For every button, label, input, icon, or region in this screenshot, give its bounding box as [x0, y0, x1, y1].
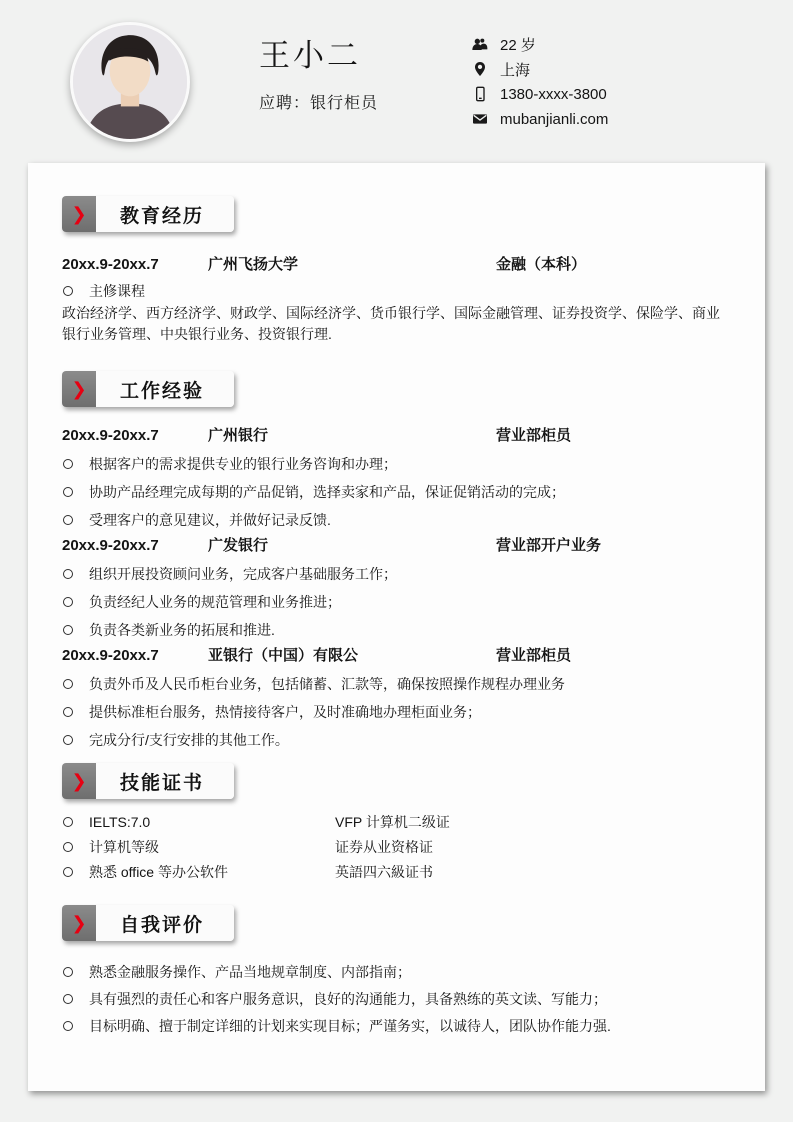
- bullet-circle-icon: [63, 735, 73, 745]
- work-bullet-text: 负责外币及人民币柜台业务，包括储蓄、汇款等，确保按照操作规程办理业务: [89, 675, 565, 693]
- work-entry-head: 20xx.9-20xx.7 广州银行 营业部柜员: [62, 427, 731, 445]
- skill-row: 计算机等级 证券从业资格证: [62, 838, 731, 856]
- skill-left-cell: 熟悉 office 等办公软件: [62, 863, 335, 881]
- work-bullet: 完成分行/支行安排的其他工作。: [62, 731, 731, 749]
- evaluation-text: 熟悉金融服务操作、产品当地规章制度、内部指南；: [89, 963, 411, 981]
- contact-city: 上海: [471, 57, 608, 81]
- work-bullet-text: 负责经纪人业务的规范管理和业务推进；: [89, 593, 341, 611]
- skill-right-cell: VFP 计算机二级证: [335, 813, 731, 831]
- apply-position: 应聘：银行柜员: [259, 90, 378, 113]
- contact-age: 22 岁: [471, 32, 608, 56]
- chevron-right-icon: ❯: [62, 196, 96, 232]
- resume-body-card: ❯ 教育经历 20xx.9-20xx.7 广州飞扬大学 金融（本科） 主修课程 …: [28, 163, 765, 1091]
- section-title: 工作经验: [96, 371, 234, 407]
- section-title: 自我评价: [96, 905, 234, 941]
- work-company: 广州银行: [208, 427, 496, 445]
- bullet-circle-icon: [63, 286, 73, 296]
- bullet-circle-icon: [63, 569, 73, 579]
- bullet-circle-icon: [63, 487, 73, 497]
- work-company: 亚银行（中国）有限公: [208, 647, 496, 665]
- website-value: mubanjianli.com: [500, 111, 608, 128]
- bullet-circle-icon: [63, 994, 73, 1004]
- work-entry: 20xx.9-20xx.7 亚银行（中国）有限公 营业部柜员 负责外币及人民币柜…: [62, 647, 731, 749]
- work-date: 20xx.9-20xx.7: [62, 427, 208, 445]
- bullet-circle-icon: [63, 817, 73, 827]
- skill-row: IELTS:7.0 VFP 计算机二级证: [62, 813, 731, 831]
- work-bullet-text: 根据客户的需求提供专业的银行业务咨询和办理；: [89, 455, 397, 473]
- education-entry-head: 20xx.9-20xx.7 广州飞扬大学 金融（本科）: [62, 256, 731, 274]
- work-bullet-text: 协助产品经理完成每期的产品促销，选择卖家和产品，保证促销活动的完成；: [89, 483, 565, 501]
- chevron-right-icon: ❯: [62, 905, 96, 941]
- evaluation-bullet: 熟悉金融服务操作、产品当地规章制度、内部指南；: [62, 963, 731, 981]
- work-bullet-text: 完成分行/支行安排的其他工作。: [89, 731, 289, 749]
- section-header-work: ❯ 工作经验: [62, 371, 234, 407]
- skill-row: 熟悉 office 等办公软件 英語四六級证书: [62, 863, 731, 881]
- work-bullet: 负责外币及人民币柜台业务，包括储蓄、汇款等，确保按照操作规程办理业务: [62, 675, 731, 693]
- city-value: 上海: [500, 59, 530, 80]
- bullet-circle-icon: [63, 515, 73, 525]
- chevron-right-icon: ❯: [62, 763, 96, 799]
- education-major: 金融（本科）: [496, 256, 731, 274]
- evaluation-text: 具有强烈的责任心和客户服务意识，良好的沟通能力，具备熟练的英文读、写能力；: [89, 990, 607, 1008]
- work-entry-head: 20xx.9-20xx.7 亚银行（中国）有限公 营业部柜员: [62, 647, 731, 665]
- work-role: 营业部柜员: [496, 647, 731, 665]
- course-label-row: 主修课程: [62, 282, 731, 300]
- section-title: 教育经历: [96, 196, 234, 232]
- work-entry: 20xx.9-20xx.7 广发银行 营业部开户业务 组织开展投资顾问业务，完成…: [62, 537, 731, 639]
- work-bullet: 负责经纪人业务的规范管理和业务推进；: [62, 593, 731, 611]
- work-bullet: 根据客户的需求提供专业的银行业务咨询和办理；: [62, 455, 731, 473]
- work-role: 营业部开户业务: [496, 537, 731, 555]
- skill-left-cell: 计算机等级: [62, 838, 335, 856]
- evaluation-bullet: 目标明确、擅于制定详细的计划来实现目标；严谨务实，以诚待人，团队协作能力强.: [62, 1017, 731, 1035]
- work-bullet-text: 负责各类新业务的拓展和推进.: [89, 621, 275, 639]
- work-date: 20xx.9-20xx.7: [62, 537, 208, 555]
- work-bullet: 提供标准柜台服务，热情接待客户，及时准确地办理柜面业务；: [62, 703, 731, 721]
- bullet-circle-icon: [63, 967, 73, 977]
- location-icon: [471, 60, 489, 78]
- section-header-evaluation: ❯ 自我评价: [62, 905, 234, 941]
- education-date: 20xx.9-20xx.7: [62, 256, 208, 274]
- contact-phone: 1380-xxxx-3800: [471, 82, 608, 106]
- work-bullet-text: 受理客户的意见建议，并做好记录反馈.: [89, 511, 331, 529]
- work-company: 广发银行: [208, 537, 496, 555]
- section-header-skills: ❯ 技能证书: [62, 763, 234, 799]
- bullet-circle-icon: [63, 679, 73, 689]
- avatar-photo: [73, 25, 187, 139]
- phone-value: 1380-xxxx-3800: [500, 86, 607, 103]
- work-bullet: 组织开展投资顾问业务，完成客户基础服务工作；: [62, 565, 731, 583]
- skill-left-cell: IELTS:7.0: [62, 813, 335, 831]
- work-bullet-text: 提供标准柜台服务，热情接待客户，及时准确地办理柜面业务；: [89, 703, 481, 721]
- skill-text: IELTS:7.0: [89, 813, 150, 831]
- person-icon: [471, 35, 489, 53]
- work-role: 营业部柜员: [496, 427, 731, 445]
- skill-right-cell: 英語四六級证书: [335, 863, 731, 881]
- bullet-circle-icon: [63, 459, 73, 469]
- skill-right-cell: 证券从业资格证: [335, 838, 731, 856]
- skill-text: 计算机等级: [89, 838, 159, 856]
- section-title: 技能证书: [96, 763, 234, 799]
- evaluation-bullet: 具有强烈的责任心和客户服务意识，良好的沟通能力，具备熟练的英文读、写能力；: [62, 990, 731, 1008]
- bullet-circle-icon: [63, 867, 73, 877]
- resume-header: 王小二 应聘：银行柜员 22 岁 上海 1380-xxxx-3800 muban…: [0, 0, 793, 163]
- work-bullet-text: 组织开展投资顾问业务，完成客户基础服务工作；: [89, 565, 397, 583]
- bullet-circle-icon: [63, 625, 73, 635]
- contact-email: mubanjianli.com: [471, 107, 608, 131]
- work-bullet: 受理客户的意见建议，并做好记录反馈.: [62, 511, 731, 529]
- section-header-education: ❯ 教育经历: [62, 196, 234, 232]
- work-entry: 20xx.9-20xx.7 广州银行 营业部柜员 根据客户的需求提供专业的银行业…: [62, 427, 731, 529]
- work-bullet: 协助产品经理完成每期的产品促销，选择卖家和产品，保证促销活动的完成；: [62, 483, 731, 501]
- candidate-name: 王小二: [259, 30, 361, 75]
- avatar: [70, 22, 190, 142]
- chevron-right-icon: ❯: [62, 371, 96, 407]
- evaluation-text: 目标明确、擅于制定详细的计划来实现目标；严谨务实，以诚待人，团队协作能力强.: [89, 1017, 611, 1035]
- work-bullet: 负责各类新业务的拓展和推进.: [62, 621, 731, 639]
- education-school: 广州飞扬大学: [208, 256, 496, 274]
- mail-icon: [471, 110, 489, 128]
- course-list-text: 政治经济学、西方经济学、财政学、国际经济学、货币银行学、国际金融管理、证券投资学…: [62, 303, 731, 345]
- course-label: 主修课程: [89, 282, 145, 300]
- age-value: 22 岁: [500, 34, 536, 55]
- skill-text: 熟悉 office 等办公软件: [89, 863, 228, 881]
- work-date: 20xx.9-20xx.7: [62, 647, 208, 665]
- contact-list: 22 岁 上海 1380-xxxx-3800 mubanjianli.com: [471, 32, 608, 132]
- bullet-circle-icon: [63, 1021, 73, 1031]
- work-entry-head: 20xx.9-20xx.7 广发银行 营业部开户业务: [62, 537, 731, 555]
- bullet-circle-icon: [63, 707, 73, 717]
- bullet-circle-icon: [63, 597, 73, 607]
- phone-icon: [471, 85, 489, 103]
- bullet-circle-icon: [63, 842, 73, 852]
